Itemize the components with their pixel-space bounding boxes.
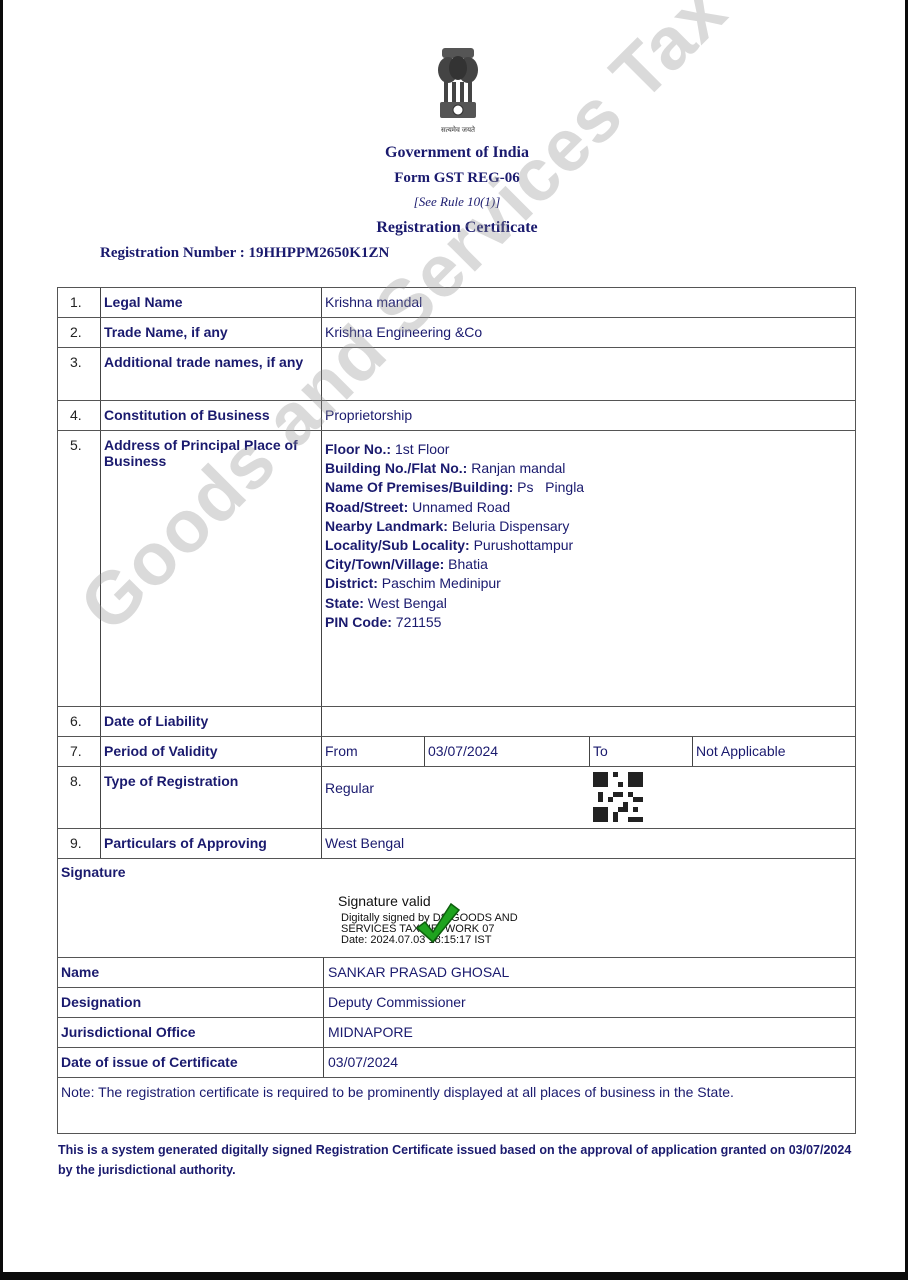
address-building: Building No./Flat No.: Ranjan mandal (325, 459, 851, 478)
table-row: 7. Period of Validity From 03/07/2024 To… (57, 736, 856, 767)
table-row: 8. Type of Registration Regular (57, 766, 856, 829)
signature-label: Signature (58, 859, 129, 957)
qr-code-icon (593, 771, 643, 823)
row-label: Legal Name (100, 288, 321, 317)
note-row: Note: The registration certificate is re… (57, 1077, 856, 1134)
row-label: Address of Principal Place of Business (100, 431, 321, 706)
row-label: Constitution of Business (100, 401, 321, 430)
row-value: Krishna Engineering &Co (321, 318, 855, 347)
svg-text:सत्यमेव जयते: सत्यमेव जयते (441, 125, 476, 134)
footer-disclaimer: This is a system generated digitally sig… (58, 1140, 858, 1180)
officer-row: Designation Deputy Commissioner (57, 987, 856, 1018)
address-state: State: West Bengal (325, 594, 851, 613)
certificate-title: Registration Certificate (3, 219, 908, 237)
table-row: 2. Trade Name, if any Krishna Engineerin… (57, 317, 856, 348)
row-value (321, 707, 855, 736)
validity-to-value: Not Applicable (692, 737, 855, 766)
table-row: 5. Address of Principal Place of Busines… (57, 430, 856, 707)
row-label: Type of Registration (100, 767, 321, 828)
address-landmark: Nearby Landmark: Beluria Dispensary (325, 517, 851, 536)
address-block: Floor No.: 1st Floor Building No./Flat N… (321, 431, 855, 706)
row-label: Period of Validity (100, 737, 321, 766)
registration-number: Registration Number : 19HHPPM2650K1ZN (100, 245, 389, 262)
row-value: Proprietorship (321, 401, 855, 430)
row-value: Krishna mandal (321, 288, 855, 317)
address-city: City/Town/Village: Bhatia (325, 555, 851, 574)
address-floor: Floor No.: 1st Floor (325, 440, 851, 459)
row-label: Particulars of Approving (100, 829, 321, 858)
table-row: 1. Legal Name Krishna mandal (57, 287, 856, 318)
table-row: 6. Date of Liability (57, 706, 856, 737)
officer-row: Jurisdictional Office MIDNAPORE (57, 1017, 856, 1048)
state-emblem-icon: सत्यमेव जयते (428, 46, 488, 136)
certificate-page: सत्यमेव जयते Government of India Form GS… (3, 0, 905, 1272)
row-label: Date of Liability (100, 707, 321, 736)
jurisdictional-office: MIDNAPORE (323, 1018, 855, 1047)
table-row: 4. Constitution of Business Proprietorsh… (57, 400, 856, 431)
government-heading: Government of India (3, 144, 908, 162)
row-value (321, 348, 855, 400)
validity-from-date: 03/07/2024 (424, 737, 589, 766)
address-road: Road/Street: Unnamed Road (325, 498, 851, 517)
row-label: Trade Name, if any (100, 318, 321, 347)
address-pin: PIN Code: 721155 (325, 613, 851, 632)
row-value: Regular (321, 767, 855, 828)
issue-date: 03/07/2024 (323, 1048, 855, 1077)
address-locality: Locality/Sub Locality: Purushottampur (325, 536, 851, 555)
checkmark-icon (413, 900, 461, 946)
note-text: Note: The registration certificate is re… (58, 1078, 855, 1133)
address-premises: Name Of Premises/Building: Ps Pingla (325, 478, 851, 497)
officer-name: SANKAR PRASAD GHOSAL (323, 958, 855, 987)
officer-row: Name SANKAR PRASAD GHOSAL (57, 957, 856, 988)
table-row: 3. Additional trade names, if any (57, 347, 856, 401)
form-heading: Form GST REG-06 (3, 170, 908, 187)
row-label: Additional trade names, if any (100, 348, 321, 400)
address-district: District: Paschim Medinipur (325, 574, 851, 593)
row-value: West Bengal (321, 829, 855, 858)
rule-reference: [See Rule 10(1)] (3, 194, 908, 210)
officer-designation: Deputy Commissioner (323, 988, 855, 1017)
table-row: 9. Particulars of Approving West Bengal (57, 828, 856, 859)
officer-row: Date of issue of Certificate 03/07/2024 (57, 1047, 856, 1078)
